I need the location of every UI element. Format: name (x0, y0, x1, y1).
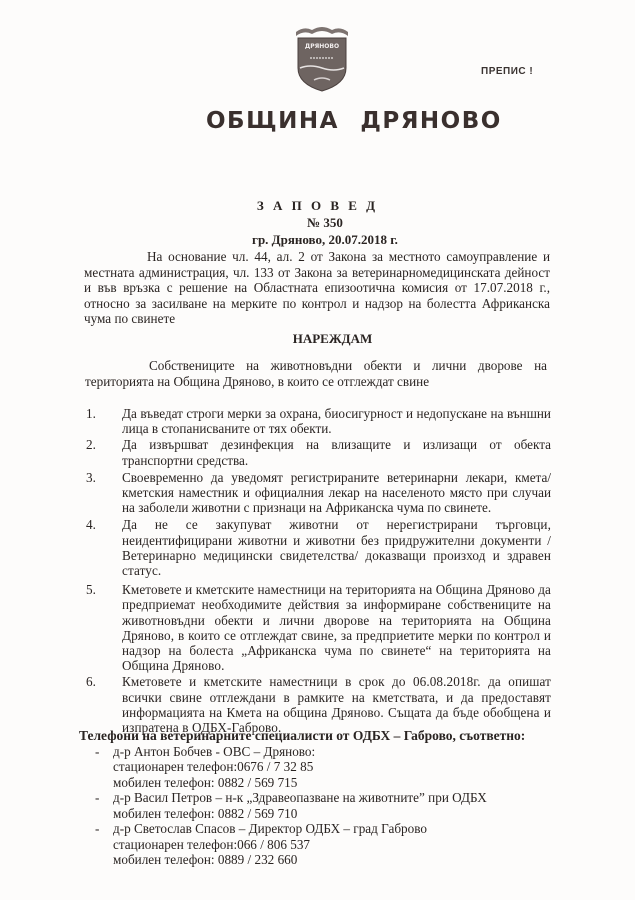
order-place-date: гр. Дряново, 20.07.2018 г. (15, 231, 635, 248)
landline-phone: стационарен телефон:0676 / 7 32 85 (113, 759, 315, 775)
item-number: 6. (86, 674, 122, 735)
contacts-section: Телефони на ветеринарните специалисти от… (79, 728, 525, 868)
mobile-phone: мобилен телефон: 0889 / 232 660 (113, 852, 427, 868)
specialist-entry: - д-р Светослав Спасов – Директор ОДБХ –… (95, 821, 525, 868)
order-item: 2. Да извършват дезинфекция на влизащите… (86, 437, 551, 467)
order-heading: НАРЕЖДАМ (0, 331, 635, 347)
item-number: 3. (86, 470, 122, 516)
specialist-name: д-р Антон Бобчев - ОВС – Дряново: (113, 744, 315, 760)
svg-text:ДРЯНОВО: ДРЯНОВО (305, 43, 339, 50)
copy-mark: ПРЕПИС ! (481, 66, 533, 77)
landline-phone: стационарен телефон:066 / 806 537 (113, 837, 427, 853)
order-item: 5. Кметовете и кметските наместници на т… (86, 582, 551, 673)
addressees-paragraph: Собствениците на животновъдни обекти и л… (85, 358, 547, 389)
order-item: 1. Да въведат строги мерки за охрана, би… (86, 406, 551, 436)
contacts-heading: Телефони на ветеринарните специалисти от… (79, 728, 525, 744)
municipality-name: ОБЩИНА ДРЯНОВО (206, 108, 502, 134)
bullet: - (95, 790, 113, 821)
item-text: Кметовете и кметските наместници в срок … (122, 674, 551, 735)
order-item: 6. Кметовете и кметските наместници в ср… (86, 674, 551, 735)
item-number: 4. (86, 517, 122, 578)
order-title: З А П О В Е Д (0, 197, 635, 214)
municipal-crest-icon: ДРЯНОВО (294, 24, 350, 92)
specialist-entry: - д-р Васил Петров – н-к „Здравеопазване… (95, 790, 525, 821)
order-item: 4. Да не се закупуват животни от нерегис… (86, 517, 551, 578)
item-text: Да извършват дезинфекция на влизащите и … (122, 437, 551, 467)
specialist-entry: - д-р Антон Бобчев - ОВС – Дряново: стац… (95, 744, 525, 791)
legal-basis-paragraph: На основание чл. 44, ал. 2 от Закона за … (84, 249, 550, 327)
order-item: 3. Своевременно да уведомят регистрирани… (86, 470, 551, 516)
document-page: ДРЯНОВО ПРЕПИС ! ОБЩИНА ДРЯНОВО З А П О … (0, 0, 635, 900)
mobile-phone: мобилен телефон: 0882 / 569 710 (113, 806, 487, 822)
item-text: Кметовете и кметските наместници на тери… (122, 582, 551, 673)
item-number: 5. (86, 582, 122, 673)
item-text: Да въведат строги мерки за охрана, биоси… (122, 406, 551, 436)
specialist-name: д-р Светослав Спасов – Директор ОДБХ – г… (113, 821, 427, 837)
item-number: 2. (86, 437, 122, 467)
bullet: - (95, 821, 113, 868)
order-items-list: 1. Да въведат строги мерки за охрана, би… (86, 406, 551, 735)
item-text: Своевременно да уведомят регистрираните … (122, 470, 551, 516)
item-text: Да не се закупуват животни от нерегистри… (122, 517, 551, 578)
order-number: № 350 (15, 214, 635, 231)
specialist-name: д-р Васил Петров – н-к „Здравеопазване н… (113, 790, 487, 806)
mobile-phone: мобилен телефон: 0882 / 569 715 (113, 775, 315, 791)
bullet: - (95, 744, 113, 791)
item-number: 1. (86, 406, 122, 436)
